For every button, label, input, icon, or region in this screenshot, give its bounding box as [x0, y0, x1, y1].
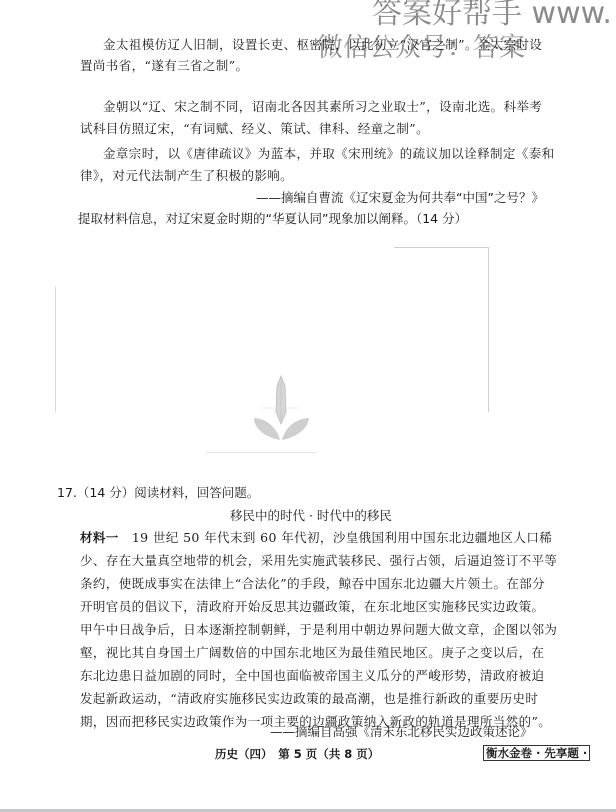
- material-jin-para2-line1: 金朝以“辽、宋之制不同，诏南北各因其素所习之业取士”，设南北选。科举考: [103, 99, 542, 115]
- material-jin-para3-line2: 律》，对元代法制产生了积极的影响。: [80, 168, 293, 184]
- question17-material-line-1: 材料一 19 世纪 50 年代末到 60 年代初，沙皇俄国利用中国东北边疆地区人…: [80, 530, 552, 546]
- material-jin-para1-line2: 置尚书省，“遂有三省之制”。: [80, 58, 248, 74]
- question17-material-line-8: 发起新政运动，“清政府实施移民实边政策的最高潮，也是推行新政的重要历史时: [80, 691, 538, 707]
- material-label: 材料一: [80, 530, 119, 545]
- question17-material-line-6: 壑，视比其自身国土广阔数倍的中国东北地区为最佳殖民地区。庚子之变以后，在: [80, 645, 544, 661]
- question17-source: ——摘编自高强《清末东北移民实边政策述论》: [270, 724, 533, 740]
- material-jin-source: ——摘编自曹流《辽宋夏金为何共奉“中国”之号？》: [256, 190, 544, 206]
- question17-title: 移民中的时代 · 时代中的移民: [230, 508, 392, 524]
- answer-area-border-right: [488, 247, 489, 412]
- watermark-site: 答案好帮手 www.: [372, 0, 612, 34]
- material-jin-para3-line1: 金章宗时，以《唐律疏议》为蓝本，并取《宋刑统》的疏议加以诠释制定《泰和: [103, 146, 555, 162]
- pen-leaf-logo-icon: [248, 372, 314, 442]
- question17-material-line-7: 东北边患日益加剧的同时，全中国也面临被帝国主义瓜分的严峻形势，清政府被迫: [80, 668, 544, 684]
- material-text: 19 世纪 50 年代末到 60 年代初，沙皇俄国利用中国东北边疆地区人口稀: [132, 530, 552, 545]
- material-jin-para1-line1: 金太祖模仿辽人旧制，设置长吏、枢密院，以此初立“汉官之制”。金太宗时设: [103, 37, 542, 53]
- question17-material-line-3: 条约，使既成事实在法律上“合法化”的手段，鲸吞中国东北边疆大片领土。在部分: [80, 576, 545, 592]
- answer-area-border-top: [394, 247, 489, 248]
- question17-material-line-5: 甲午中日战争后，日本逐渐控制朝鲜，于是利用中朝边界问题大做文章，企图以邻为: [80, 622, 557, 638]
- question16-prompt: 提取材料信息，对辽宋夏金时期的“华夏认同”现象加以阐释。（14 分）: [78, 211, 467, 227]
- question17-header: 17.（14 分）阅读材料，回答问题。: [57, 485, 259, 501]
- page-number-label: 历史（四） 第 5 页（共 8 页）: [215, 746, 379, 762]
- material-jin-para2-line2: 试科目仿照辽宋，“有词赋、经义、策试、律科、经童之制”。: [80, 121, 429, 137]
- scan-artifact-line: [206, 452, 316, 453]
- brand-box: 衡水金卷 · 先享题 ·: [483, 745, 590, 761]
- question17-material-line-4: 开明官员的倡议下，清政府开始反思其边疆政策，在东北地区实施移民实边政策。: [80, 599, 544, 615]
- answer-area-border-left: [55, 287, 56, 412]
- question17-material-line-2: 少、存在大量真空地带的机会，采用先实施武装移民、强行占领，后逼迫签订不平等: [80, 553, 557, 569]
